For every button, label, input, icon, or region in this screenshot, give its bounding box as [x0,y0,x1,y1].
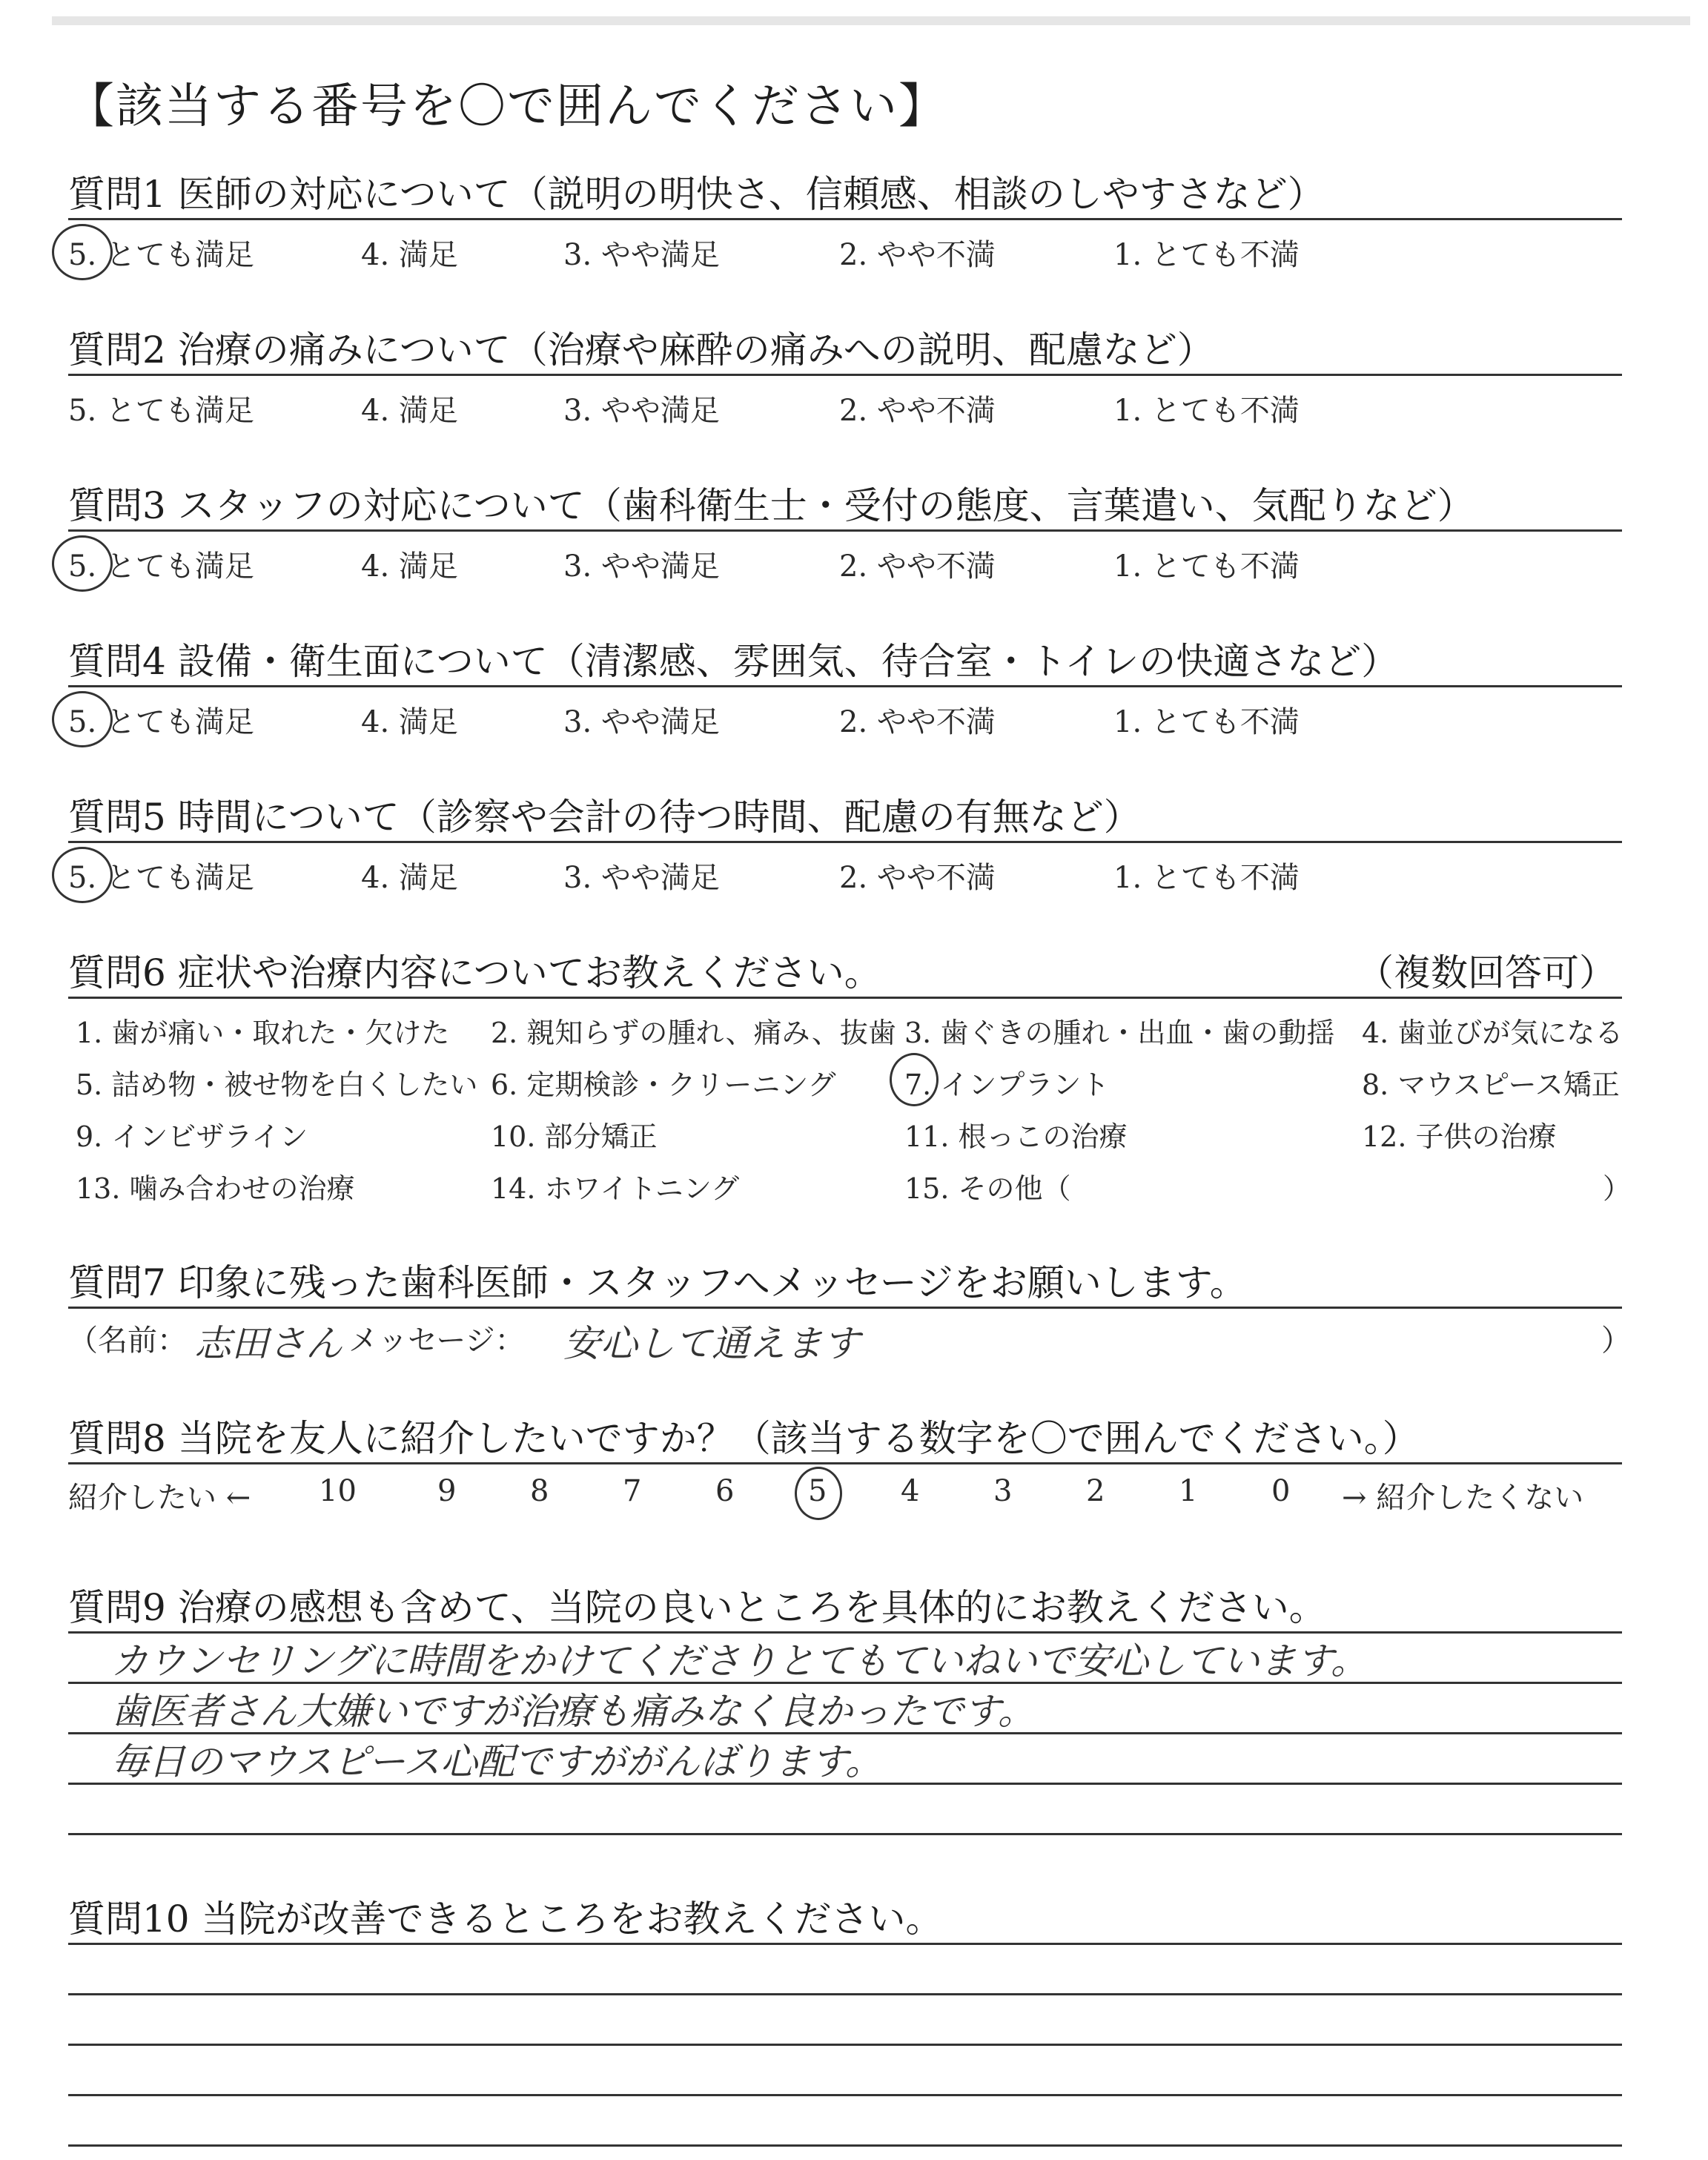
scale-0[interactable]: 0 [1271,1474,1290,1508]
divider [68,218,1622,220]
option-4[interactable]: 4. 満足 [361,698,458,741]
option-2[interactable]: 2. やや不満 [839,698,996,741]
divider [68,997,1622,999]
question-10-label: 質問10 当院が改善できるところをお教えください。 [68,1889,943,1943]
scale-6[interactable]: 6 [715,1474,734,1508]
answer-line[interactable] [68,1943,1622,1945]
answer-line [68,1783,1622,1785]
name-prefix: （名前： [68,1317,187,1359]
question-9-label: 質問9 治療の感想も含めて、当院の良いところを具体的にお教えください。 [68,1578,1326,1631]
q6-option-11[interactable]: 11. 根っこの治療 [904,1114,1128,1155]
scale-3[interactable]: 3 [993,1474,1012,1508]
selection-circle [52,535,113,592]
q6-option-14[interactable]: 14. ホワイトニング [491,1166,739,1206]
option-1[interactable]: 1. とても不満 [1113,387,1300,429]
question-6-note: （複数回答可） [1357,943,1616,997]
option-4[interactable]: 4. 満足 [361,387,458,429]
q6-option-6[interactable]: 6. 定期検診・クリーニング [491,1062,836,1103]
option-2[interactable]: 2. やや不満 [839,387,996,429]
option-1[interactable]: 1. とても不満 [1113,543,1300,585]
scale-left-label: 紹介したい ← [68,1474,251,1516]
name-value[interactable]: 志田さん [194,1314,342,1367]
message-prefix: メッセージ： [348,1317,525,1359]
option-2[interactable]: 2. やや不満 [839,854,996,896]
option-3[interactable]: 3. やや満足 [563,698,720,741]
question-3-label: 質問3 スタッフの対応について（歯科衛生士・受付の態度、言葉遣い、気配りなど） [68,476,1474,529]
option-3[interactable]: 3. やや満足 [563,387,720,429]
option-1[interactable]: 1. とても不満 [1113,231,1300,274]
divider [68,1307,1622,1309]
divider [68,374,1622,376]
answer-line[interactable] [68,2094,1622,2096]
scale-8[interactable]: 8 [530,1474,549,1508]
answer-line[interactable] [68,2044,1622,2046]
q6-option-3[interactable]: 3. 歯ぐきの腫れ・出血・歯の動揺 [904,1010,1334,1051]
option-5[interactable]: 5. とても満足 [68,387,254,429]
scan-edge [52,16,1690,25]
divider [68,1462,1622,1464]
divider [68,841,1622,843]
scale-1[interactable]: 1 [1179,1474,1197,1508]
scale-9[interactable]: 9 [437,1474,456,1508]
question-1-label: 質問1 医師の対応について（説明の明快さ、信頼感、相談のしやすさなど） [68,165,1325,218]
scale-7[interactable]: 7 [623,1474,641,1508]
option-3[interactable]: 3. やや満足 [563,543,720,585]
scale-right-label: → 紹介したくない [1342,1474,1583,1516]
q6-option-2[interactable]: 2. 親知らずの腫れ、痛み、抜歯 [491,1010,896,1051]
divider [68,529,1622,532]
option-4[interactable]: 4. 満足 [361,854,458,896]
q6-option-8[interactable]: 8. マウスピース矯正 [1362,1062,1620,1103]
divider [68,685,1622,687]
q6-option-5[interactable]: 5. 詰め物・被せ物を白くしたい [76,1062,477,1103]
q9-answer-line-1[interactable]: カウンセリングに時間をかけてくださりとてもていねいで安心しています。 [111,1631,1368,1685]
scale-10[interactable]: 10 [319,1474,357,1508]
question-4-label: 質問4 設備・衛生面について（清潔感、雰囲気、待合室・トイレの快適さなど） [68,632,1398,685]
scale-2[interactable]: 2 [1086,1474,1105,1508]
q9-answer-line-3[interactable]: 毎日のマウスピース心配ですががんばります。 [111,1732,882,1786]
selection-circle [890,1053,939,1106]
page-title: 【該当する番号を〇で囲んでください】 [67,68,947,136]
answer-line[interactable] [68,1993,1622,1995]
question-8-label: 質問8 当院を友人に紹介したいですか？（該当する数字を〇で囲んでください。） [68,1409,1420,1462]
option-1[interactable]: 1. とても不満 [1113,698,1300,741]
q6-option-15[interactable]: 15. その他（ [904,1166,1071,1206]
scale-4[interactable]: 4 [901,1474,919,1508]
q6-option-1[interactable]: 1. 歯が痛い・取れた・欠けた [76,1010,449,1051]
selection-circle [52,847,113,903]
option-1[interactable]: 1. とても不満 [1113,854,1300,896]
q9-answer-line-2[interactable]: 歯医者さん大嫌いですが治療も痛みなく良かったです。 [111,1682,1035,1735]
question-7-label: 質問7 印象に残った歯科医師・スタッフへメッセージをお願いします。 [68,1253,1247,1307]
q6-option-10[interactable]: 10. 部分矯正 [491,1114,658,1155]
q6-option-12[interactable]: 12. 子供の治療 [1362,1114,1557,1155]
selection-circle [795,1467,842,1520]
option-4[interactable]: 4. 満足 [361,231,458,274]
option-4[interactable]: 4. 満足 [361,543,458,585]
q6-option-9[interactable]: 9. インビザライン [76,1114,308,1155]
close-paren: ） [1601,1317,1631,1359]
question-6-label: 質問6 症状や治療内容についてお教えください。 [68,943,881,997]
option-3[interactable]: 3. やや満足 [563,854,720,896]
answer-line [68,1833,1622,1835]
selection-circle [52,691,113,747]
q6-option-4[interactable]: 4. 歯並びが気になる [1362,1010,1623,1051]
answer-line[interactable] [68,2144,1622,2147]
selection-circle [52,224,113,280]
question-2-label: 質問2 治療の痛みについて（治療や麻酔の痛みへの説明、配慮など） [68,320,1214,374]
option-2[interactable]: 2. やや不満 [839,231,996,274]
q6-other-close: ） [1603,1166,1631,1206]
q6-option-13[interactable]: 13. 噛み合わせの治療 [76,1166,355,1206]
message-value[interactable]: 安心して通えます [563,1314,860,1367]
option-2[interactable]: 2. やや不満 [839,543,996,585]
option-3[interactable]: 3. やや満足 [563,231,720,274]
question-5-label: 質問5 時間について（診察や会計の待つ時間、配慮の有無など） [68,787,1141,841]
